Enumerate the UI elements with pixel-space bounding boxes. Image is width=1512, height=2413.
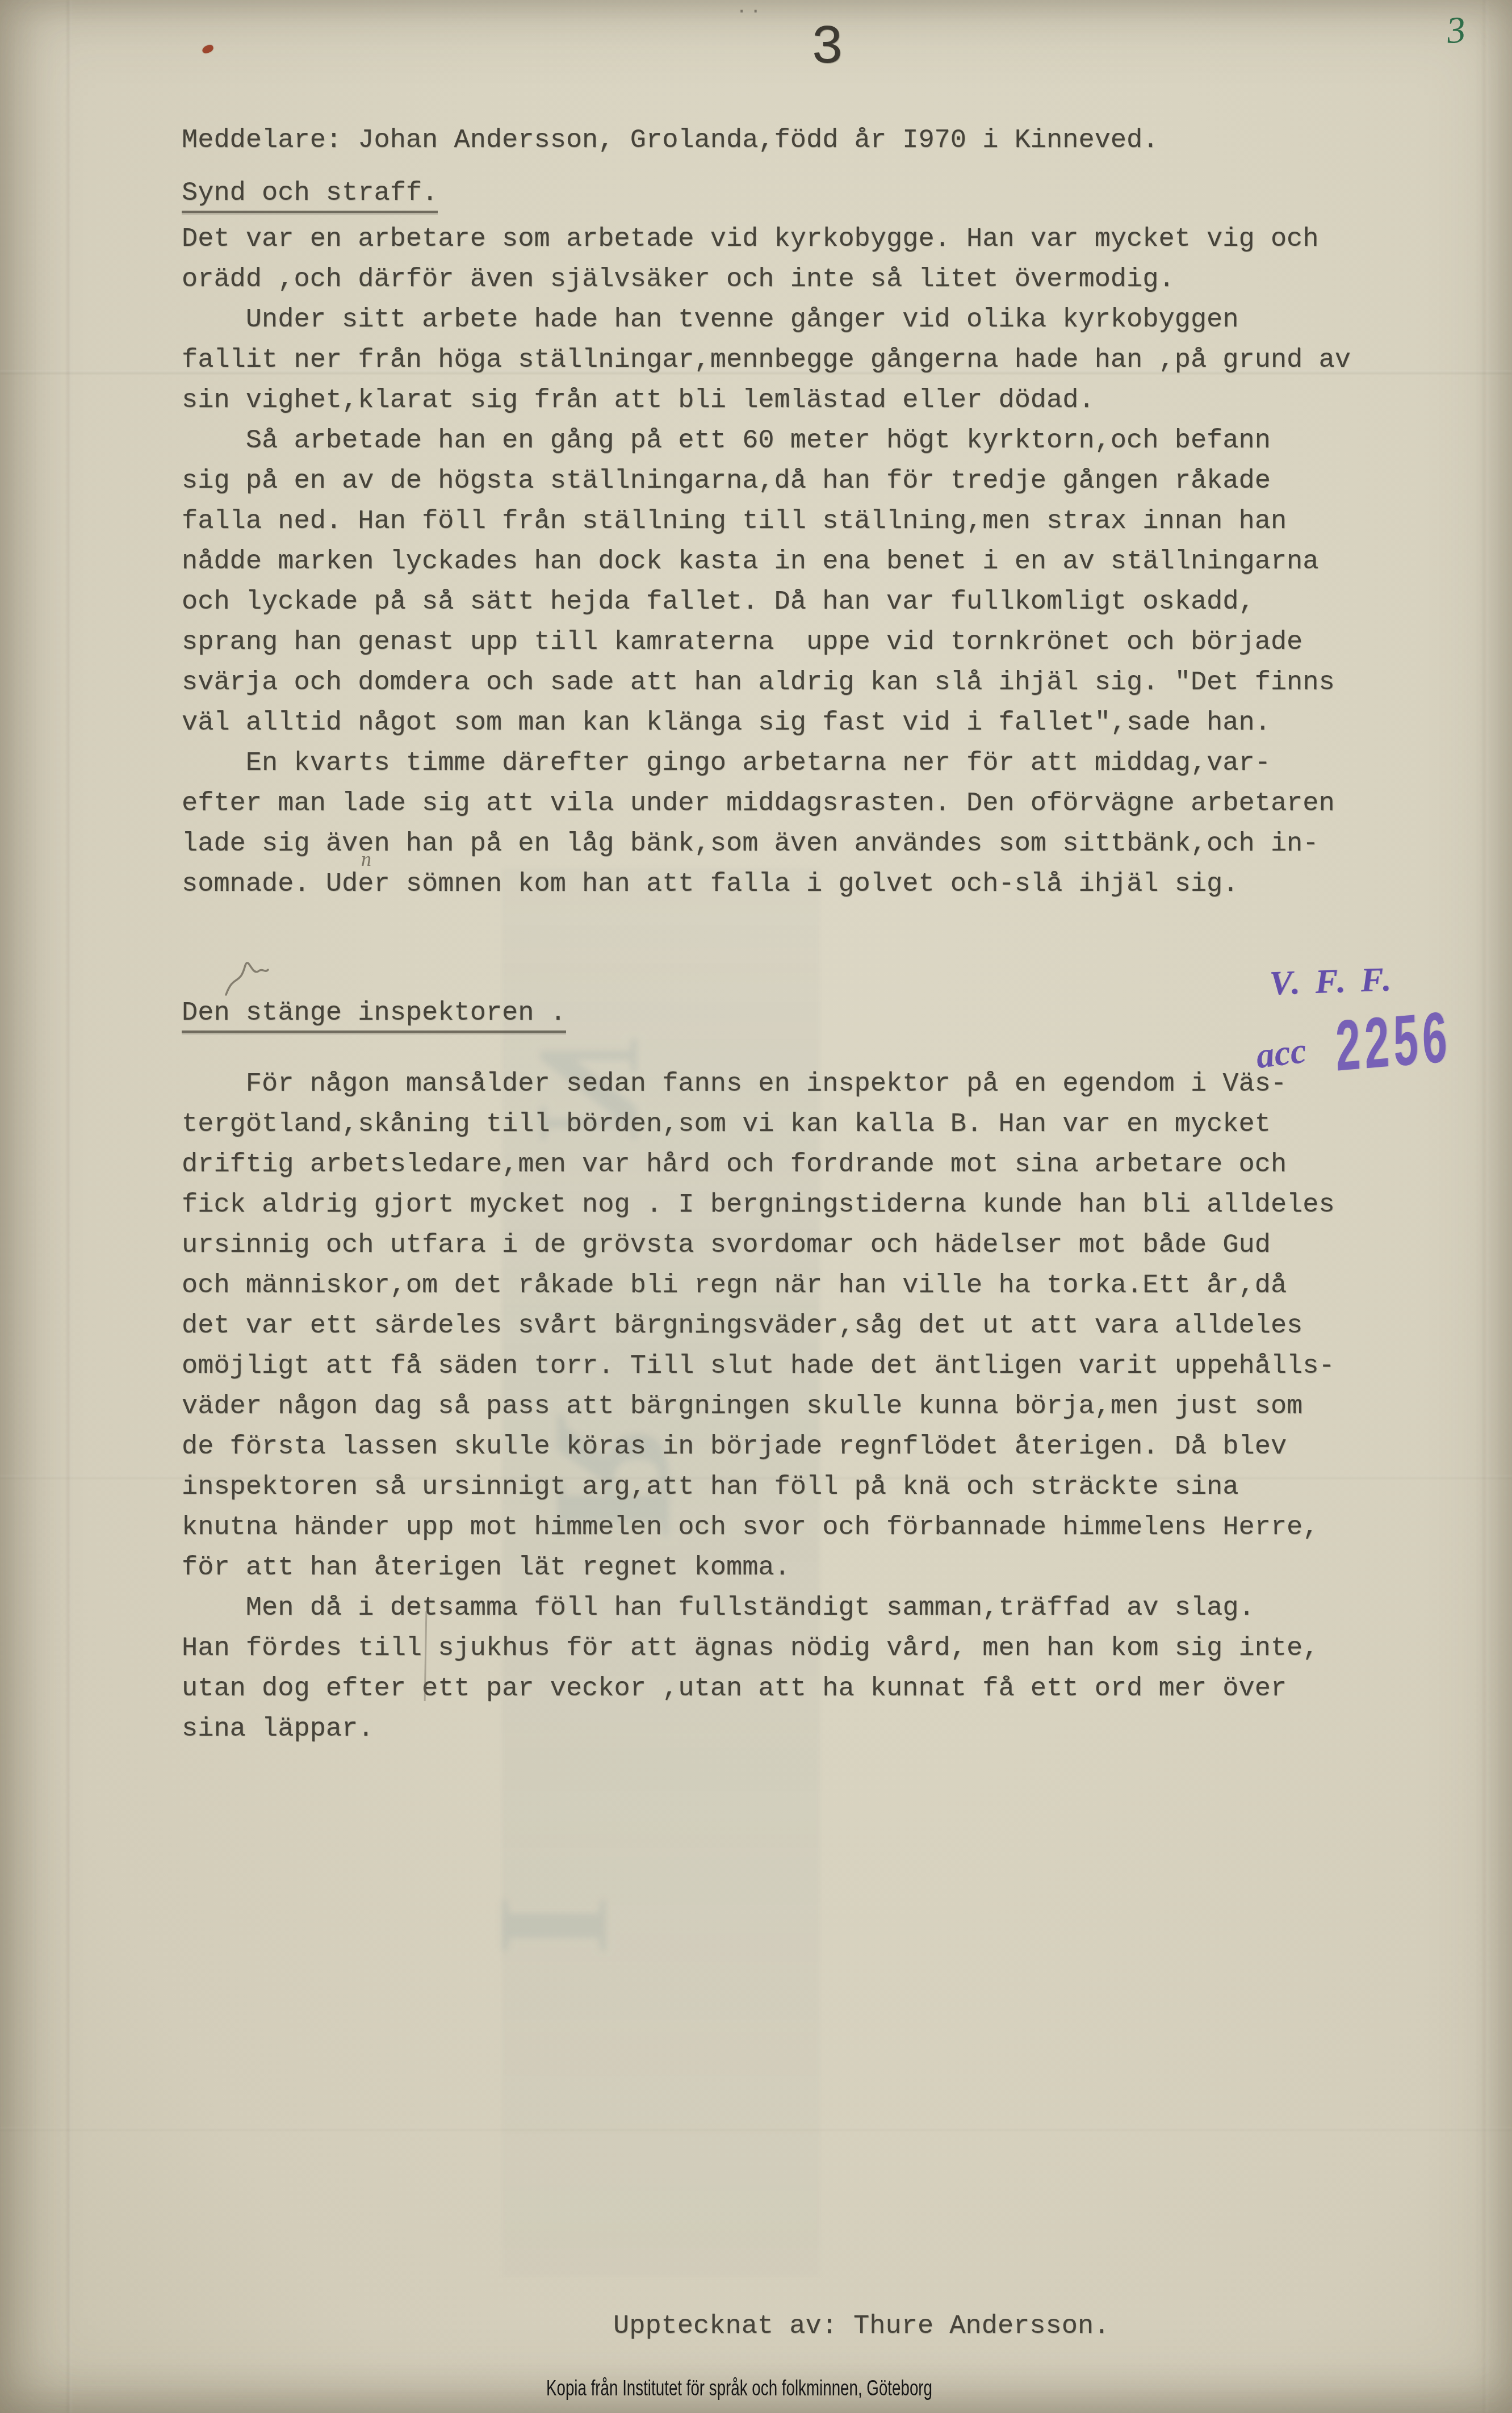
story1-body: Det var en arbetare som arbetade vid kyr… — [182, 219, 1351, 904]
pencil-squiggle-mark — [223, 957, 270, 999]
text-line: fick aldrig gjort mycket nog . I bergnin… — [182, 1185, 1335, 1225]
text-line: väder någon dag så pass att bärgningen s… — [182, 1386, 1335, 1427]
text-line: sina läppar. — [182, 1709, 1335, 1749]
story2-body: För någon mansålder sedan fanns en inspe… — [182, 1064, 1335, 1749]
text-line: inspektoren så ursinnigt arg,att han föl… — [182, 1467, 1335, 1507]
text-line: de första lassen skulle köras in började… — [182, 1427, 1335, 1467]
text-line: och lyckade på så sätt hejda fallet. Då … — [182, 582, 1351, 622]
text-line: och människor,om det råkade bli regn när… — [182, 1266, 1335, 1306]
recorded-by-line: Upptecknat av: Thure Andersson. — [613, 2306, 1109, 2347]
text-line: svärja och domdera och sade att han aldr… — [182, 663, 1351, 703]
red-ink-speck — [201, 44, 214, 55]
text-line: utan dog efter ett par veckor ,utan att … — [182, 1669, 1335, 1709]
handwritten-page-number: 3 — [1445, 9, 1467, 53]
scanned-document-page: N R I ·· 3 3 Meddelare: Johan Andersson,… — [0, 0, 1512, 2413]
text-line: ursinnig och utfara i de grövsta svordom… — [182, 1225, 1335, 1266]
paper-crease-vertical — [67, 0, 72, 2413]
paper-crease-vertical — [1483, 0, 1488, 2413]
text-line: knutna händer upp mot himmelen och svor … — [182, 1507, 1335, 1548]
text-line: för att han återigen lät regnet komma. — [182, 1548, 1335, 1588]
text-line: väl alltid något som man kan klänga sig … — [182, 703, 1351, 743]
text-line: driftig arbetsledare,men var hård och fo… — [182, 1145, 1335, 1185]
typed-page-number: 3 — [811, 17, 844, 79]
text-line: Men då i detsamma föll han fullständigt … — [182, 1588, 1335, 1628]
text-line: somnade. Uder sömnen kom han att falla i… — [182, 864, 1351, 904]
text-line: efter man lade sig att vila under middag… — [182, 784, 1351, 824]
story2-heading: Den stänge inspektoren . — [182, 998, 566, 1033]
text-line: omöjligt att få säden torr. Till slut ha… — [182, 1346, 1335, 1386]
text-line: falla ned. Han föll från ställning till … — [182, 501, 1351, 542]
text-line: Så arbetade han en gång på ett 60 meter … — [182, 421, 1351, 461]
text-line: det var ett särdeles svårt bärgningsväde… — [182, 1306, 1335, 1346]
text-line: orädd ,och därför även självsäker och in… — [182, 259, 1351, 300]
vff-stamp: V. F. F. — [1269, 960, 1395, 1003]
text-line: För någon mansålder sedan fanns en inspe… — [182, 1064, 1335, 1104]
text-line: tergötland,skåning till börden,som vi ka… — [182, 1104, 1335, 1145]
text-line: Han fördes till sjukhus för att ägnas nö… — [182, 1628, 1335, 1669]
text-line: nådde marken lyckades han dock kasta in … — [182, 542, 1351, 582]
pencil-inserted-letter: n — [361, 847, 371, 871]
scan-artifact-dots: ·· — [736, 1, 764, 23]
text-line: sprang han genast upp till kamraterna up… — [182, 622, 1351, 663]
text-line: En kvarts timme därefter gingo arbetarna… — [182, 743, 1351, 784]
text-line: Det var en arbetare som arbetade vid kyr… — [182, 219, 1351, 259]
text-line: sig på en av de högsta ställningarna,då … — [182, 461, 1351, 501]
story1-heading: Synd och straff. — [182, 178, 438, 213]
archive-copy-footer: Kopia från Institutet för språk och folk… — [546, 2377, 932, 2401]
text-line: fallit ner från höga ställningar,mennbeg… — [182, 340, 1351, 380]
informant-line: Meddelare: Johan Andersson, Grolanda,föd… — [182, 120, 1158, 161]
text-line: sin vighet,klarat sig från att bli lemlä… — [182, 380, 1351, 421]
text-line: lade sig även han på en låg bänk,som äve… — [182, 824, 1351, 864]
text-line: Under sitt arbete hade han tvenne gånger… — [182, 300, 1351, 340]
accession-number-stamp: 2256 — [1334, 995, 1452, 1087]
